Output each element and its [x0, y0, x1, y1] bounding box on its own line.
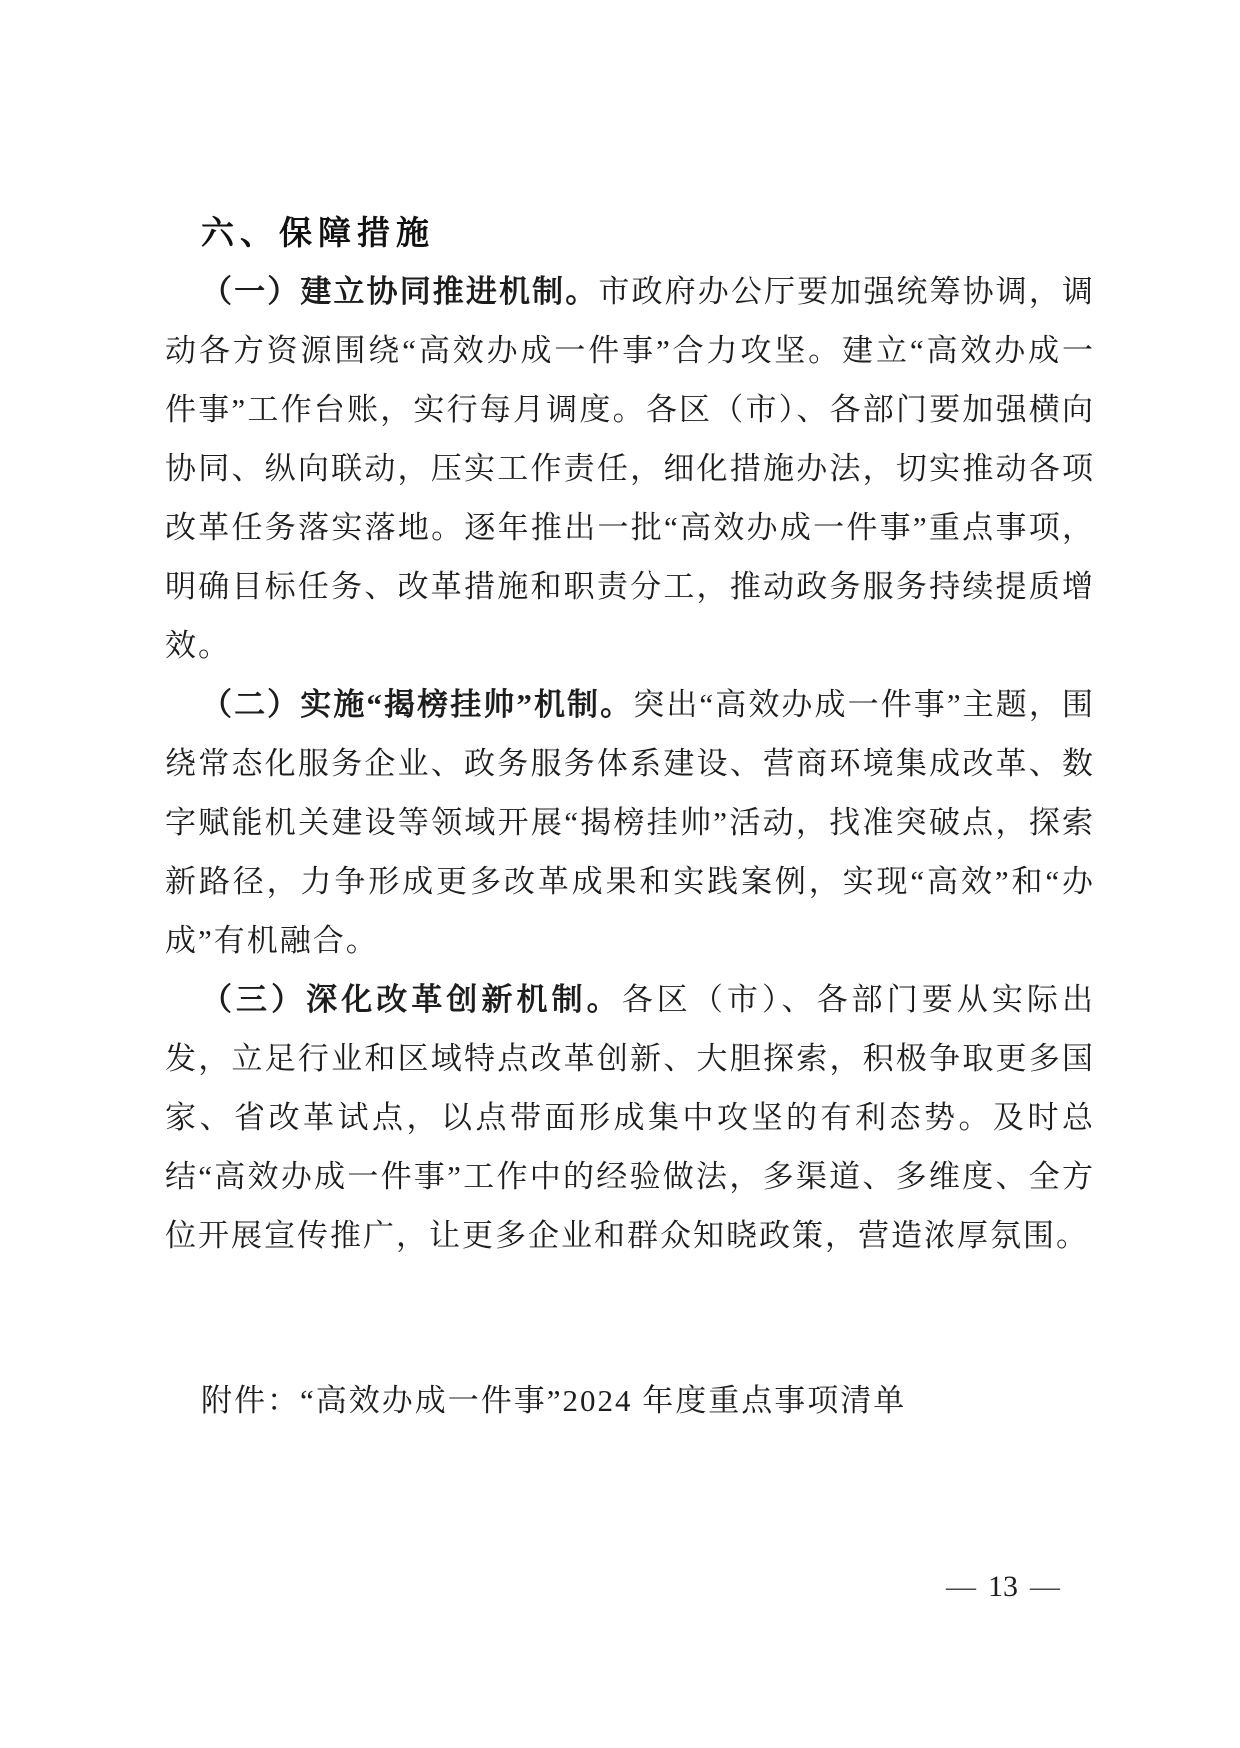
paragraph-3: （三）深化改革创新机制。各区（市）、各部门要从实际出发，立足行业和区域特点改革创… — [165, 970, 1095, 1265]
attachment-line: 附件：“高效办成一件事”2024 年度重点事项清单 — [165, 1371, 1095, 1430]
page-number-left-dash: — — [946, 1570, 976, 1603]
paragraph-1-body: 市政府办公厅要加强统筹协调，调动各方资源围绕“高效办成一件事”合力攻坚。建立“高… — [165, 274, 1095, 663]
paragraph-2-lead: （二）实施“揭榜挂帅”机制。 — [201, 687, 633, 722]
section-heading: 六、保障措施 — [165, 203, 1095, 262]
page-footer: —13— — [936, 1572, 1070, 1602]
paragraph-1: （一）建立协同推进机制。市政府办公厅要加强统筹协调，调动各方资源围绕“高效办成一… — [165, 262, 1095, 675]
paragraph-1-lead: （一）建立协同推进机制。 — [201, 274, 598, 309]
document-body: 六、保障措施 （一）建立协同推进机制。市政府办公厅要加强统筹协调，调动各方资源围… — [165, 203, 1095, 1265]
paragraph-2: （二）实施“揭榜挂帅”机制。突出“高效办成一件事”主题，围绕常态化服务企业、政务… — [165, 675, 1095, 970]
paragraph-3-lead: （三）深化改革创新机制。 — [201, 982, 622, 1017]
page-number-right-dash: — — [1030, 1570, 1060, 1603]
document-page: 六、保障措施 （一）建立协同推进机制。市政府办公厅要加强统筹协调，调动各方资源围… — [0, 0, 1240, 1748]
paragraph-3-body: 各区（市）、各部门要从实际出发，立足行业和区域特点改革创新、大胆探索，积极争取更… — [165, 982, 1095, 1253]
page-number: 13 — [988, 1570, 1018, 1603]
paragraph-2-body: 突出“高效办成一件事”主题，围绕常态化服务企业、政务服务体系建设、营商环境集成改… — [165, 687, 1095, 958]
